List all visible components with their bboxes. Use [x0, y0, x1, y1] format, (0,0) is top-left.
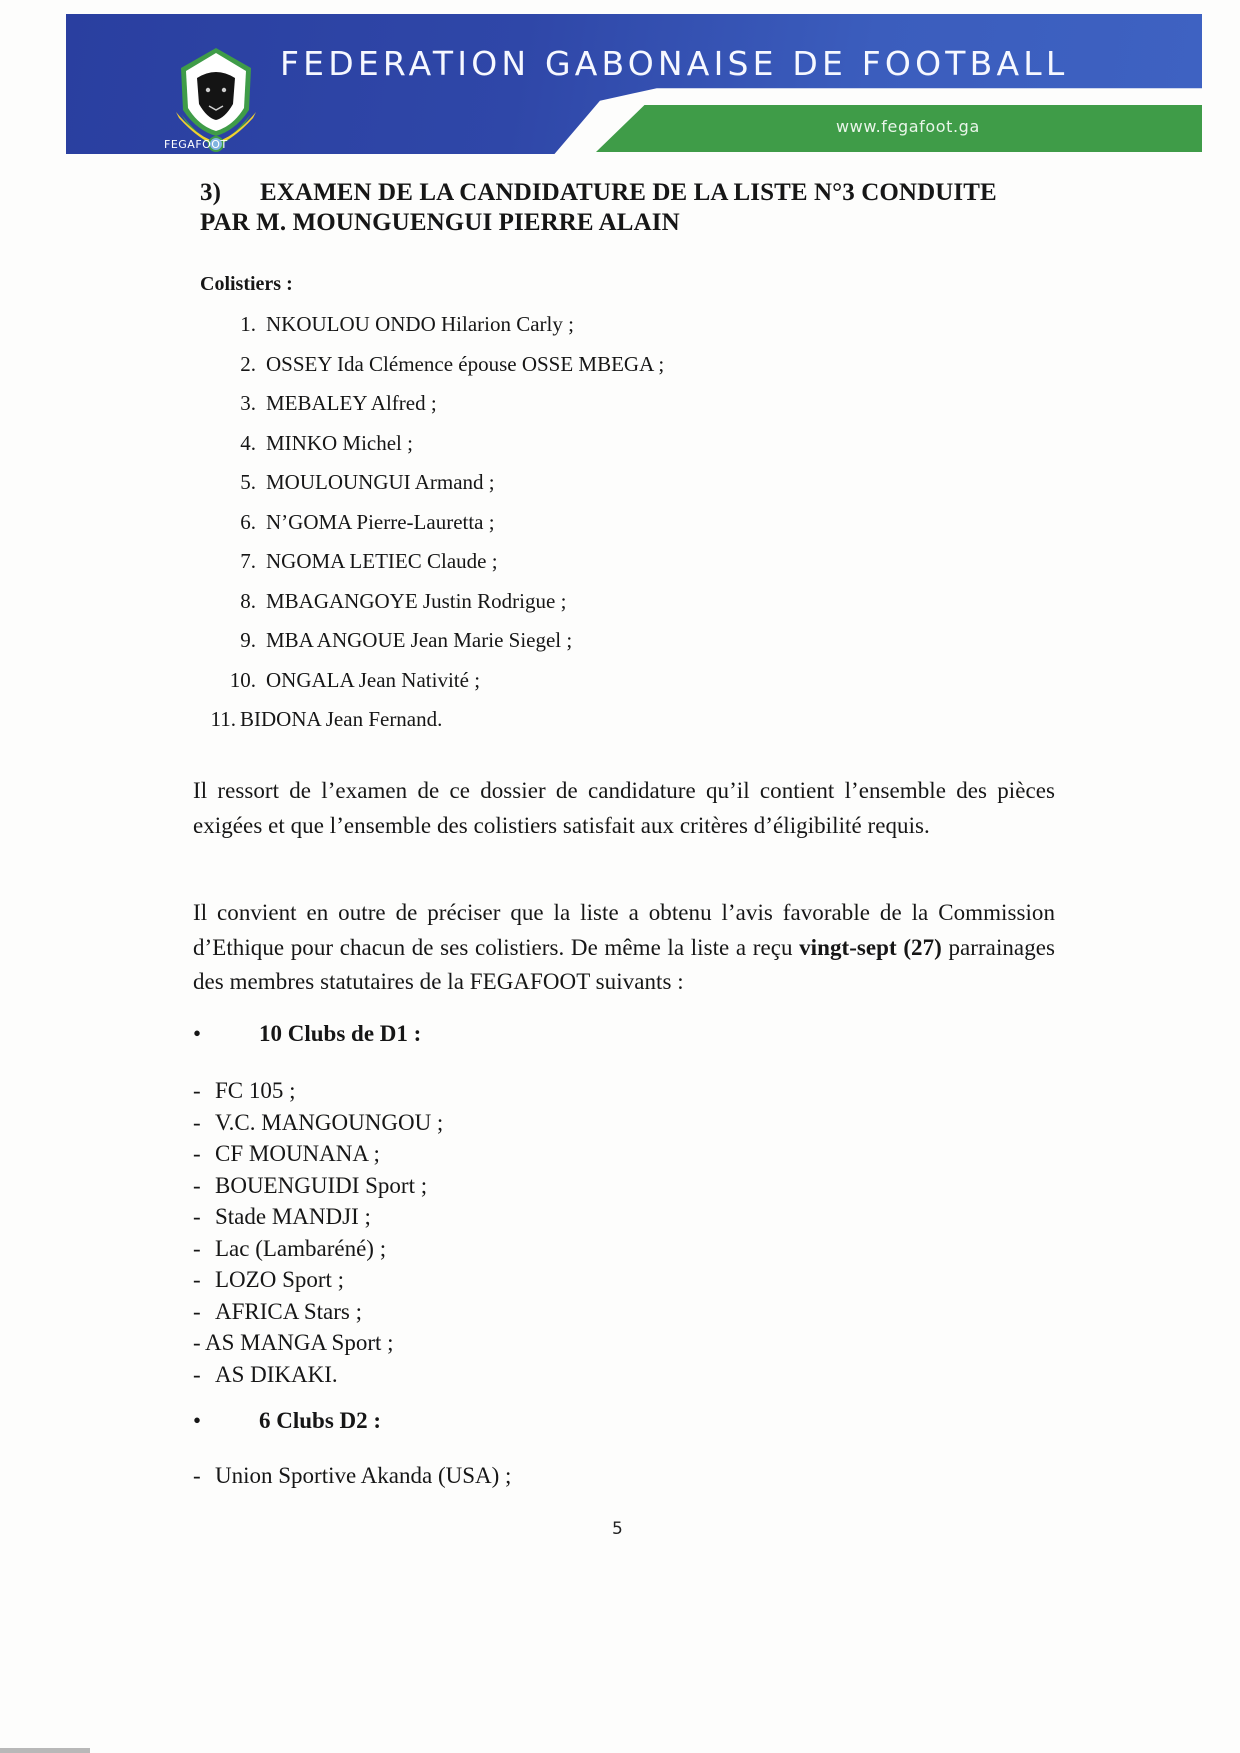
club-item: -AS DIKAKI.	[193, 1359, 443, 1391]
d2-clubs-list: -Union Sportive Akanda (USA) ;	[193, 1460, 511, 1492]
dash-icon: -	[193, 1233, 215, 1265]
section-title-line1: EXAMEN DE LA CANDIDATURE DE LA LISTE N°3…	[260, 179, 997, 206]
club-item: -AS MANGA Sport ;	[193, 1327, 443, 1359]
federation-title: FEDERATION GABONAISE DE FOOTBALL	[280, 44, 1068, 83]
club-name: AFRICA Stars ;	[215, 1299, 362, 1324]
dash-icon: -	[193, 1170, 215, 1202]
colistier-item: 4.MINKO Michel ;	[208, 431, 664, 471]
paragraph-parrainages: Il convient en outre de préciser que la …	[193, 896, 1055, 1000]
club-name: AS DIKAKI.	[215, 1362, 338, 1387]
colistier-name: MBAGANGOYE Justin Rodrigue ;	[266, 589, 566, 613]
colistier-number: 5.	[208, 470, 266, 495]
colistier-name: NKOULOU ONDO Hilarion Carly ;	[266, 312, 574, 336]
parrainages-count: vingt-sept (27)	[799, 935, 942, 960]
colistier-number: 2.	[208, 352, 266, 377]
colistier-item: 11.BIDONA Jean Fernand.	[196, 707, 664, 747]
club-name: CF MOUNANA ;	[215, 1141, 380, 1166]
colistier-name: ONGALA Jean Nativité ;	[266, 668, 480, 692]
colistier-name: NGOMA LETIEC Claude ;	[266, 549, 498, 573]
colistier-name: MINKO Michel ;	[266, 431, 413, 455]
colistier-number: 1.	[208, 312, 266, 337]
dash-icon: -	[193, 1296, 215, 1328]
colistier-number: 9.	[208, 628, 266, 653]
colistier-number: 8.	[208, 589, 266, 614]
club-item: -LOZO Sport ;	[193, 1264, 443, 1296]
dash-icon: -	[193, 1327, 205, 1359]
colistier-item: 2.OSSEY Ida Clémence épouse OSSE MBEGA ;	[208, 352, 664, 392]
colistier-name: BIDONA Jean Fernand.	[240, 707, 442, 731]
website-link[interactable]: www.fegafoot.ga	[836, 117, 980, 136]
section-number: 3)	[200, 178, 260, 208]
section-title-line2: PAR M. MOUNGUENGUI PIERRE ALAIN	[200, 208, 1100, 238]
club-item: -Lac (Lambaréné) ;	[193, 1233, 443, 1265]
club-name: Stade MANDJI ;	[215, 1204, 371, 1229]
colistier-item: 6.N’GOMA Pierre-Lauretta ;	[208, 510, 664, 550]
club-item: -V.C. MANGOUNGOU ;	[193, 1107, 443, 1139]
dash-icon: -	[193, 1201, 215, 1233]
dash-icon: -	[193, 1359, 215, 1391]
club-name: LOZO Sport ;	[215, 1267, 344, 1292]
bullet-icon: •	[193, 1408, 259, 1434]
club-name: BOUENGUIDI Sport ;	[215, 1173, 427, 1198]
club-name: FC 105 ;	[215, 1078, 296, 1103]
colistier-number: 6.	[208, 510, 266, 535]
logo-text: FEGAFOOT	[164, 138, 228, 151]
colistier-number: 4.	[208, 431, 266, 456]
colistier-item: 7.NGOMA LETIEC Claude ;	[208, 549, 664, 589]
dash-icon: -	[193, 1264, 215, 1296]
club-name: V.C. MANGOUNGOU ;	[215, 1110, 443, 1135]
letterhead-banner: FEGAFOOT FEDERATION GABONAISE DE FOOTBAL…	[66, 14, 1202, 162]
section-heading: 3)EXAMEN DE LA CANDIDATURE DE LA LISTE N…	[200, 178, 1100, 238]
d1-heading: •10 Clubs de D1 :	[193, 1021, 421, 1047]
dash-icon: -	[193, 1460, 215, 1492]
club-item: -BOUENGUIDI Sport ;	[193, 1170, 443, 1202]
club-name: Union Sportive Akanda (USA) ;	[215, 1463, 511, 1488]
club-item: -AFRICA Stars ;	[193, 1296, 443, 1328]
club-item: -CF MOUNANA ;	[193, 1138, 443, 1170]
colistiers-label: Colistiers :	[200, 273, 293, 296]
d1-heading-text: 10 Clubs de D1 :	[259, 1021, 421, 1046]
colistier-number: 10.	[208, 668, 266, 693]
colistier-item: 8.MBAGANGOYE Justin Rodrigue ;	[208, 589, 664, 629]
paragraph-examen: Il ressort de l’examen de ce dossier de …	[193, 774, 1055, 843]
colistier-item: 5.MOULOUNGUI Armand ;	[208, 470, 664, 510]
club-name: Lac (Lambaréné) ;	[215, 1236, 386, 1261]
d2-heading-text: 6 Clubs D2 :	[259, 1408, 381, 1433]
colistiers-list: 1.NKOULOU ONDO Hilarion Carly ;2.OSSEY I…	[208, 312, 664, 747]
colistier-name: MBA ANGOUE Jean Marie Siegel ;	[266, 628, 572, 652]
bullet-icon: •	[193, 1021, 259, 1047]
club-item: -FC 105 ;	[193, 1075, 443, 1107]
colistier-item: 3.MEBALEY Alfred ;	[208, 391, 664, 431]
dash-icon: -	[193, 1075, 215, 1107]
club-item: -Union Sportive Akanda (USA) ;	[193, 1460, 511, 1492]
dash-icon: -	[193, 1107, 215, 1139]
colistier-name: OSSEY Ida Clémence épouse OSSE MBEGA ;	[266, 352, 664, 376]
colistier-name: MEBALEY Alfred ;	[266, 391, 437, 415]
scan-edge-mark	[0, 1748, 90, 1753]
colistier-item: 9.MBA ANGOUE Jean Marie Siegel ;	[208, 628, 664, 668]
club-name: AS MANGA Sport ;	[205, 1330, 394, 1355]
dash-icon: -	[193, 1138, 215, 1170]
d2-heading: •6 Clubs D2 :	[193, 1408, 381, 1434]
club-item: -Stade MANDJI ;	[193, 1201, 443, 1233]
colistier-item: 1.NKOULOU ONDO Hilarion Carly ;	[208, 312, 664, 352]
d1-clubs-list: -FC 105 ;-V.C. MANGOUNGOU ;-CF MOUNANA ;…	[193, 1075, 443, 1390]
colistier-number: 3.	[208, 391, 266, 416]
colistier-name: N’GOMA Pierre-Lauretta ;	[266, 510, 495, 534]
colistier-number: 7.	[208, 549, 266, 574]
colistier-name: MOULOUNGUI Armand ;	[266, 470, 495, 494]
page-number: 5	[612, 1519, 623, 1539]
colistier-item: 10.ONGALA Jean Nativité ;	[208, 668, 664, 708]
colistier-number: 11.	[196, 707, 240, 732]
